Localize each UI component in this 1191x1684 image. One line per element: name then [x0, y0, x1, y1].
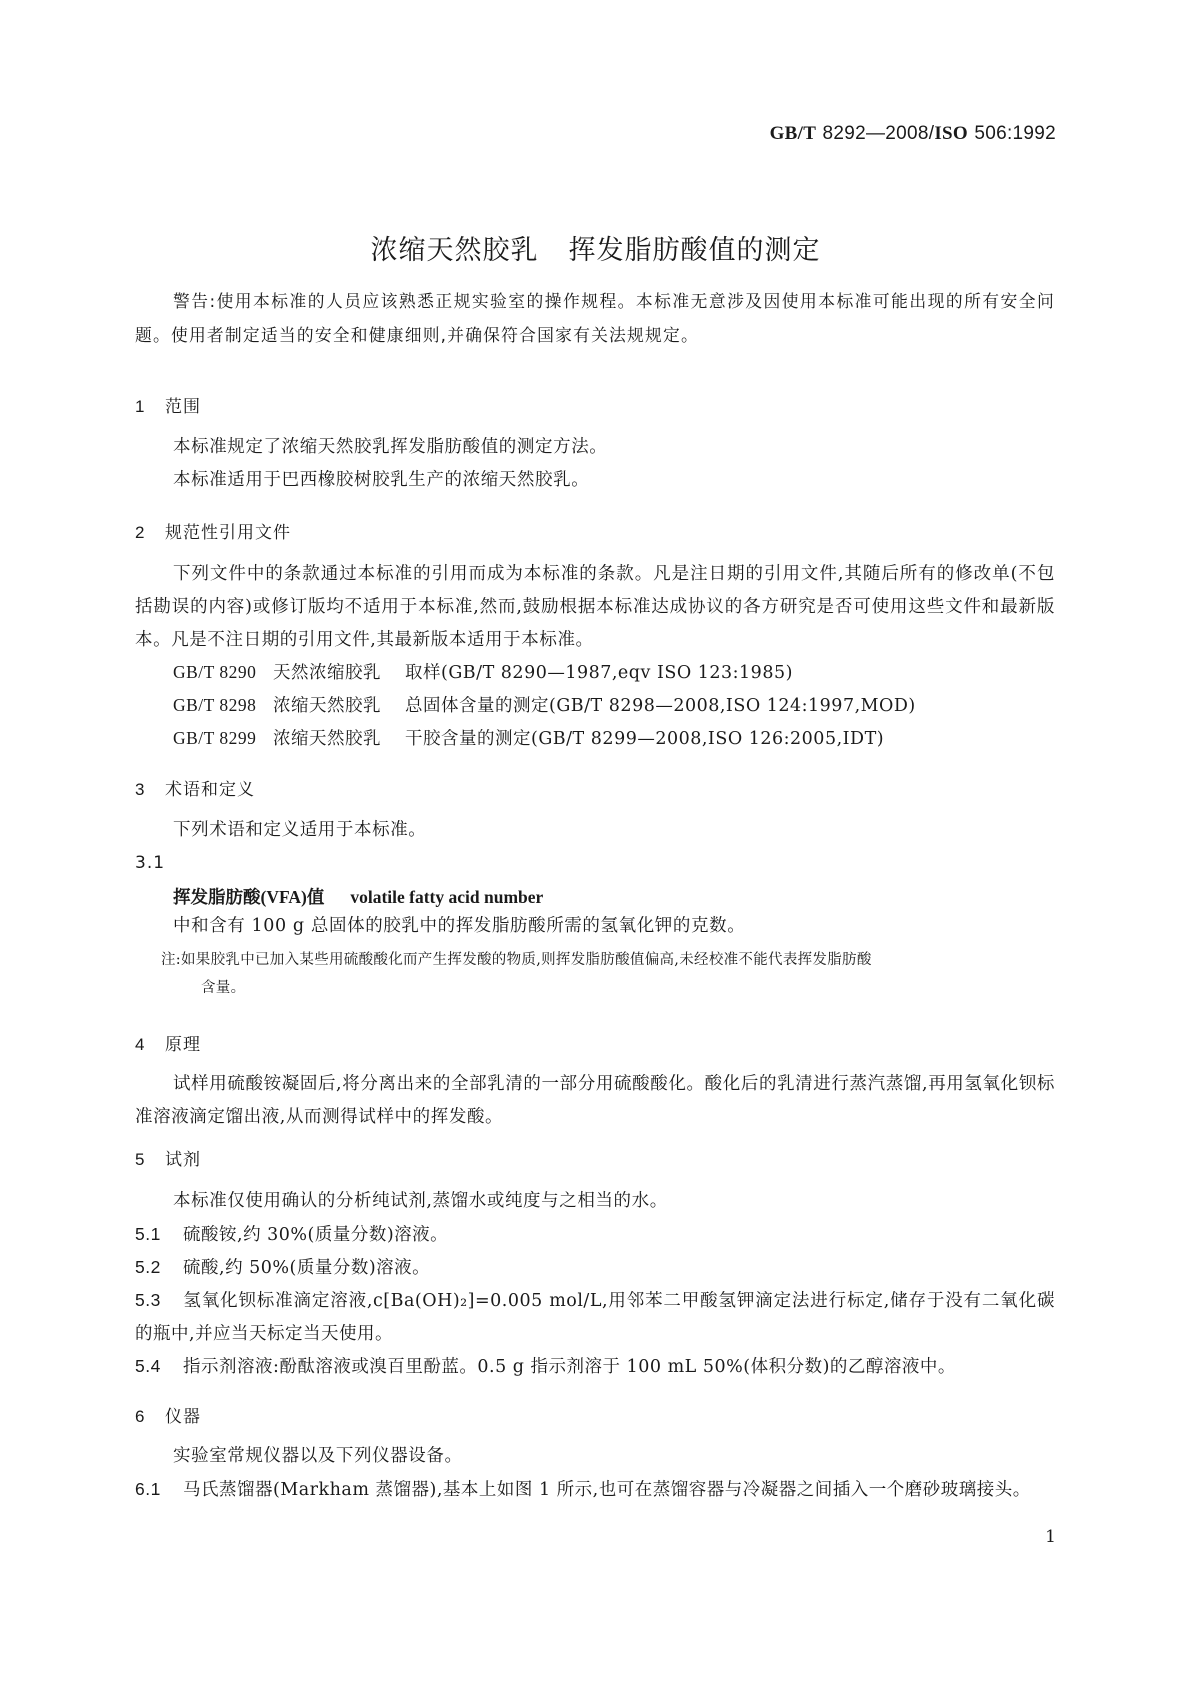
reagent-item: 5.2硫酸,约 50%(质量分数)溶液。 — [135, 1251, 1055, 1285]
page-title: 浓缩天然胶乳挥发脂肪酸值的测定 — [0, 228, 1191, 267]
reagent-item: 5.1硫酸铵,约 30%(质量分数)溶液。 — [135, 1218, 1055, 1252]
term-definition: 中和含有 100 g 总固体的胶乳中的挥发脂肪酸所需的氢氧化钾的克数。 — [135, 910, 1055, 943]
note-text: 如果胶乳中已加入某些用硫酸酸化而产生挥发酸的物质,则挥发脂肪酸值偏高,未经校准不… — [181, 952, 872, 968]
section-1-para-1: 本标准规定了浓缩天然胶乳挥发脂肪酸值的测定方法。 — [135, 431, 1055, 464]
section-heading-6: 6仪器 — [135, 1402, 201, 1427]
std-code-iso: ISO — [934, 123, 968, 144]
section-heading-3: 3术语和定义 — [135, 775, 255, 800]
document-page: GB/T 8292—2008/ISO 506:1992 浓缩天然胶乳挥发脂肪酸值… — [0, 0, 1191, 1684]
section-heading-5: 5试剂 — [135, 1145, 201, 1170]
note: 注:如果胶乳中已加入某些用硫酸酸化而产生挥发酸的物质,则挥发脂肪酸值偏高,未经校… — [161, 946, 1055, 1002]
note-text-continued: 含量。 — [161, 974, 1055, 1002]
reference-item: GB/T 8298浓缩天然胶乳总固体含量的测定(GB/T 8298—2008,I… — [173, 692, 916, 717]
reference-item: GB/T 8299浓缩天然胶乳干胶含量的测定(GB/T 8299—2008,IS… — [173, 725, 884, 750]
term-entry: 挥发脂肪酸(VFA)值volatile fatty acid number — [173, 884, 543, 909]
reagent-item: 5.3氢氧化钡标准滴定溶液,c[Ba(OH)₂]=0.005 mol/L,用邻苯… — [135, 1284, 1055, 1351]
subsection-number-3-1: 3.1 — [135, 853, 165, 873]
standard-code: GB/T 8292—2008/ISO 506:1992 — [770, 122, 1056, 145]
title-part1: 浓缩天然胶乳 — [371, 235, 539, 266]
note-label: 注: — [161, 952, 181, 968]
title-part2: 挥发脂肪酸值的测定 — [569, 235, 821, 266]
section-heading-4: 4原理 — [135, 1030, 201, 1055]
term-chinese: 挥发脂肪酸(VFA)值 — [173, 887, 324, 907]
std-code-prefix: GB/T — [770, 123, 817, 144]
section-1-para-2: 本标准适用于巴西橡胶树胶乳生产的浓缩天然胶乳。 — [135, 464, 1055, 497]
warning-text: 警告:使用本标准的人员应该熟悉正规实验室的操作规程。本标准无意涉及因使用本标准可… — [135, 284, 1055, 352]
section-4-text: 试样用硫酸铵凝固后,将分离出来的全部乳清的一部分用硫酸酸化。酸化后的乳清进行蒸汽… — [135, 1068, 1055, 1134]
section-3-intro: 下列术语和定义适用于本标准。 — [135, 814, 1055, 847]
section-heading-1: 1范围 — [135, 392, 201, 417]
reagent-item: 5.4指示剂溶液:酚酞溶液或溴百里酚蓝。0.5 g 指示剂溶于 100 mL 5… — [135, 1350, 1055, 1384]
term-english: volatile fatty acid number — [350, 887, 543, 907]
apparatus-item: 6.1马氏蒸馏器(Markham 蒸馏器),基本上如图 1 所示,也可在蒸馏容器… — [135, 1473, 1055, 1507]
section-5-intro: 本标准仅使用确认的分析纯试剂,蒸馏水或纯度与之相当的水。 — [135, 1185, 1055, 1218]
std-code-number: 8292—2008/ — [823, 123, 935, 144]
reference-item: GB/T 8290天然浓缩胶乳取样(GB/T 8290—1987,eqv ISO… — [173, 659, 793, 684]
std-code-iso-number: 506:1992 — [974, 123, 1056, 144]
section-heading-2: 2规范性引用文件 — [135, 518, 291, 543]
section-2-intro: 下列文件中的条款通过本标准的引用而成为本标准的条款。凡是注日期的引用文件,其随后… — [135, 558, 1055, 657]
section-6-intro: 实验室常规仪器以及下列仪器设备。 — [135, 1440, 1055, 1473]
page-number: 1 — [1045, 1527, 1056, 1547]
